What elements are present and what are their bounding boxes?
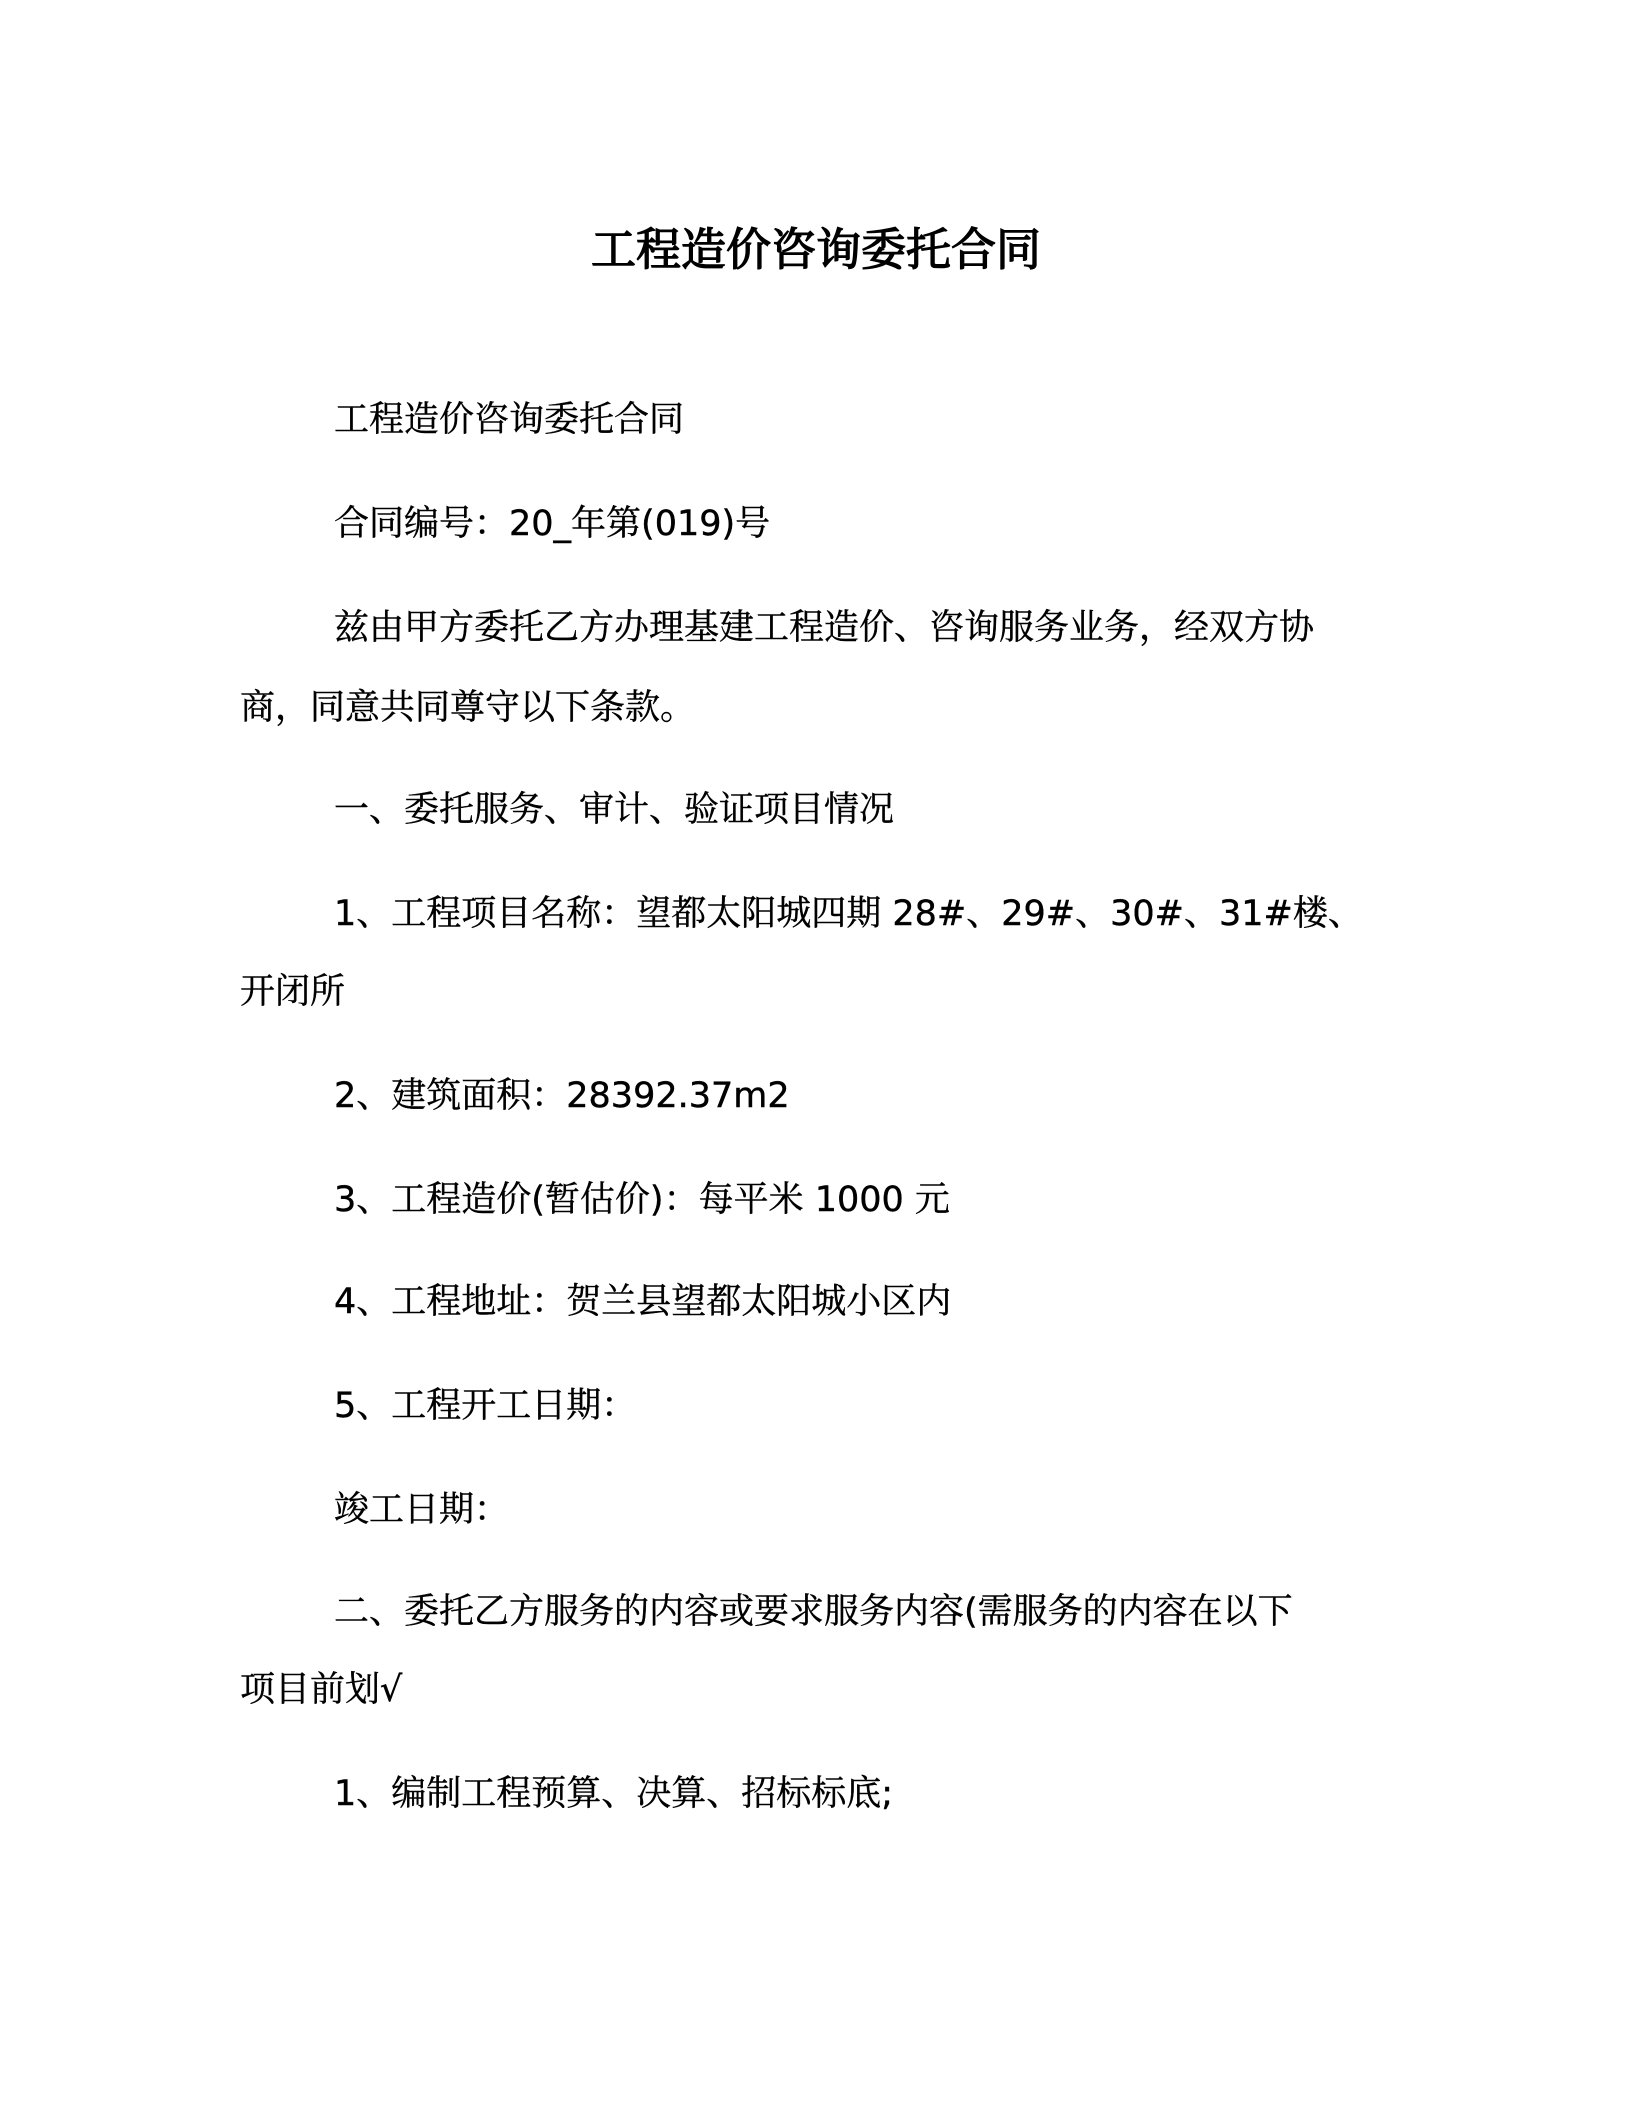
start-date: 5、工程开工日期： (334, 1384, 636, 1428)
document-title: 工程造价咨询委托合同 (0, 222, 1632, 278)
project-address: 4、工程地址：贺兰县望都太阳城小区内 (334, 1280, 951, 1324)
service-item-1: 1、编制工程预算、决算、招标标底; (334, 1772, 893, 1816)
floor-area: 2、建筑面积：28392.37m2 (334, 1074, 790, 1118)
section-1-heading: 一、委托服务、审计、验证项目情况 (334, 788, 894, 832)
document-page: 工程造价咨询委托合同 工程造价咨询委托合同 合同编号：20_年第(019)号 兹… (0, 0, 1632, 2112)
completion-date: 竣工日期： (334, 1488, 509, 1532)
preamble-line-2: 商，同意共同尊守以下条款。 (240, 686, 695, 730)
project-name-line-2: 开闭所 (240, 970, 345, 1014)
section-2-heading-line-1: 二、委托乙方服务的内容或要求服务内容(需服务的内容在以下 (334, 1590, 1293, 1634)
unit-cost: 3、工程造价(暂估价)：每平米 1000 元 (334, 1178, 950, 1222)
section-2-heading-line-2: 项目前划√ (240, 1668, 402, 1712)
project-name-line-1: 1、工程项目名称：望都太阳城四期 28#、29#、30#、31#楼、 (334, 892, 1363, 936)
subtitle: 工程造价咨询委托合同 (334, 398, 684, 442)
preamble-line-1: 兹由甲方委托乙方办理基建工程造价、咨询服务业务，经双方协 (334, 606, 1314, 650)
contract-number: 合同编号：20_年第(019)号 (334, 502, 770, 546)
